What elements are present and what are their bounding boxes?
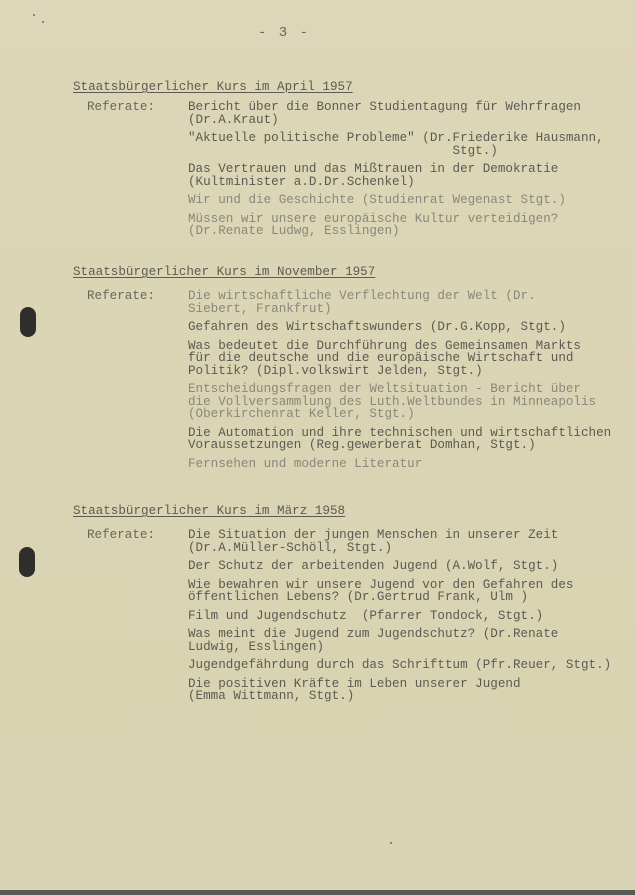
punch-hole xyxy=(19,547,35,577)
lecture-list: Die wirtschaftliche Verflechtung der Wel… xyxy=(188,290,633,476)
section-title: Staatsbürgerlicher Kurs im April 1957 xyxy=(73,80,633,95)
document-page: - 3 - Staatsbürgerlicher Kurs im April 1… xyxy=(0,0,635,890)
lecture-item: Die positiven Kräfte im Leben unserer Ju… xyxy=(188,678,633,703)
course-section-november-1957: Staatsbürgerlicher Kurs im November 1957… xyxy=(73,265,633,476)
lecture-item: Fernsehen und moderne Literatur xyxy=(188,458,633,471)
referate-label: Referate: xyxy=(73,101,188,244)
lecture-item: Film und Jugendschutz (Pfarrer Tondock, … xyxy=(188,610,633,623)
section-title: Staatsbürgerlicher Kurs im November 1957 xyxy=(73,265,633,280)
lecture-item: Müssen wir unsere europäische Kultur ver… xyxy=(188,213,633,238)
lecture-item: Was bedeutet die Durchführung des Gemein… xyxy=(188,340,633,378)
lecture-item: Das Vertrauen und das Mißtrauen in der D… xyxy=(188,163,633,188)
lecture-item: Die Situation der jungen Menschen in uns… xyxy=(188,529,633,554)
lecture-item: Die Automation und ihre technischen und … xyxy=(188,427,633,452)
paper-speck xyxy=(390,842,392,844)
lecture-item: Jugendgefährdung durch das Schrifttum (P… xyxy=(188,659,633,672)
lecture-item: Der Schutz der arbeitenden Jugend (A.Wol… xyxy=(188,560,633,573)
page-number: - 3 - xyxy=(258,25,310,41)
punch-hole xyxy=(20,307,36,337)
lecture-item: Wie bewahren wir unsere Jugend vor den G… xyxy=(188,579,633,604)
lecture-item: Die wirtschaftliche Verflechtung der Wel… xyxy=(188,290,633,315)
lecture-list: Bericht über die Bonner Studientagung fü… xyxy=(188,101,633,244)
referate-label: Referate: xyxy=(73,290,188,476)
lecture-list: Die Situation der jungen Menschen in uns… xyxy=(188,529,633,709)
paper-speck xyxy=(33,14,35,16)
referate-label: Referate: xyxy=(73,529,188,709)
lecture-item: Bericht über die Bonner Studientagung fü… xyxy=(188,101,633,126)
course-section-april-1957: Staatsbürgerlicher Kurs im April 1957 Re… xyxy=(73,80,633,244)
lecture-item: Gefahren des Wirtschaftswunders (Dr.G.Ko… xyxy=(188,321,633,334)
scan-bottom-edge xyxy=(0,890,635,895)
paper-speck xyxy=(42,21,44,23)
lecture-item: "Aktuelle politische Probleme" (Dr.Fried… xyxy=(188,132,633,157)
lecture-item: Was meint die Jugend zum Jugendschutz? (… xyxy=(188,628,633,653)
lecture-item: Entscheidungsfragen der Weltsituation - … xyxy=(188,383,633,421)
lecture-item: Wir und die Geschichte (Studienrat Wegen… xyxy=(188,194,633,207)
section-title: Staatsbürgerlicher Kurs im März 1958 xyxy=(73,504,633,519)
course-section-maerz-1958: Staatsbürgerlicher Kurs im März 1958 Ref… xyxy=(73,504,633,709)
